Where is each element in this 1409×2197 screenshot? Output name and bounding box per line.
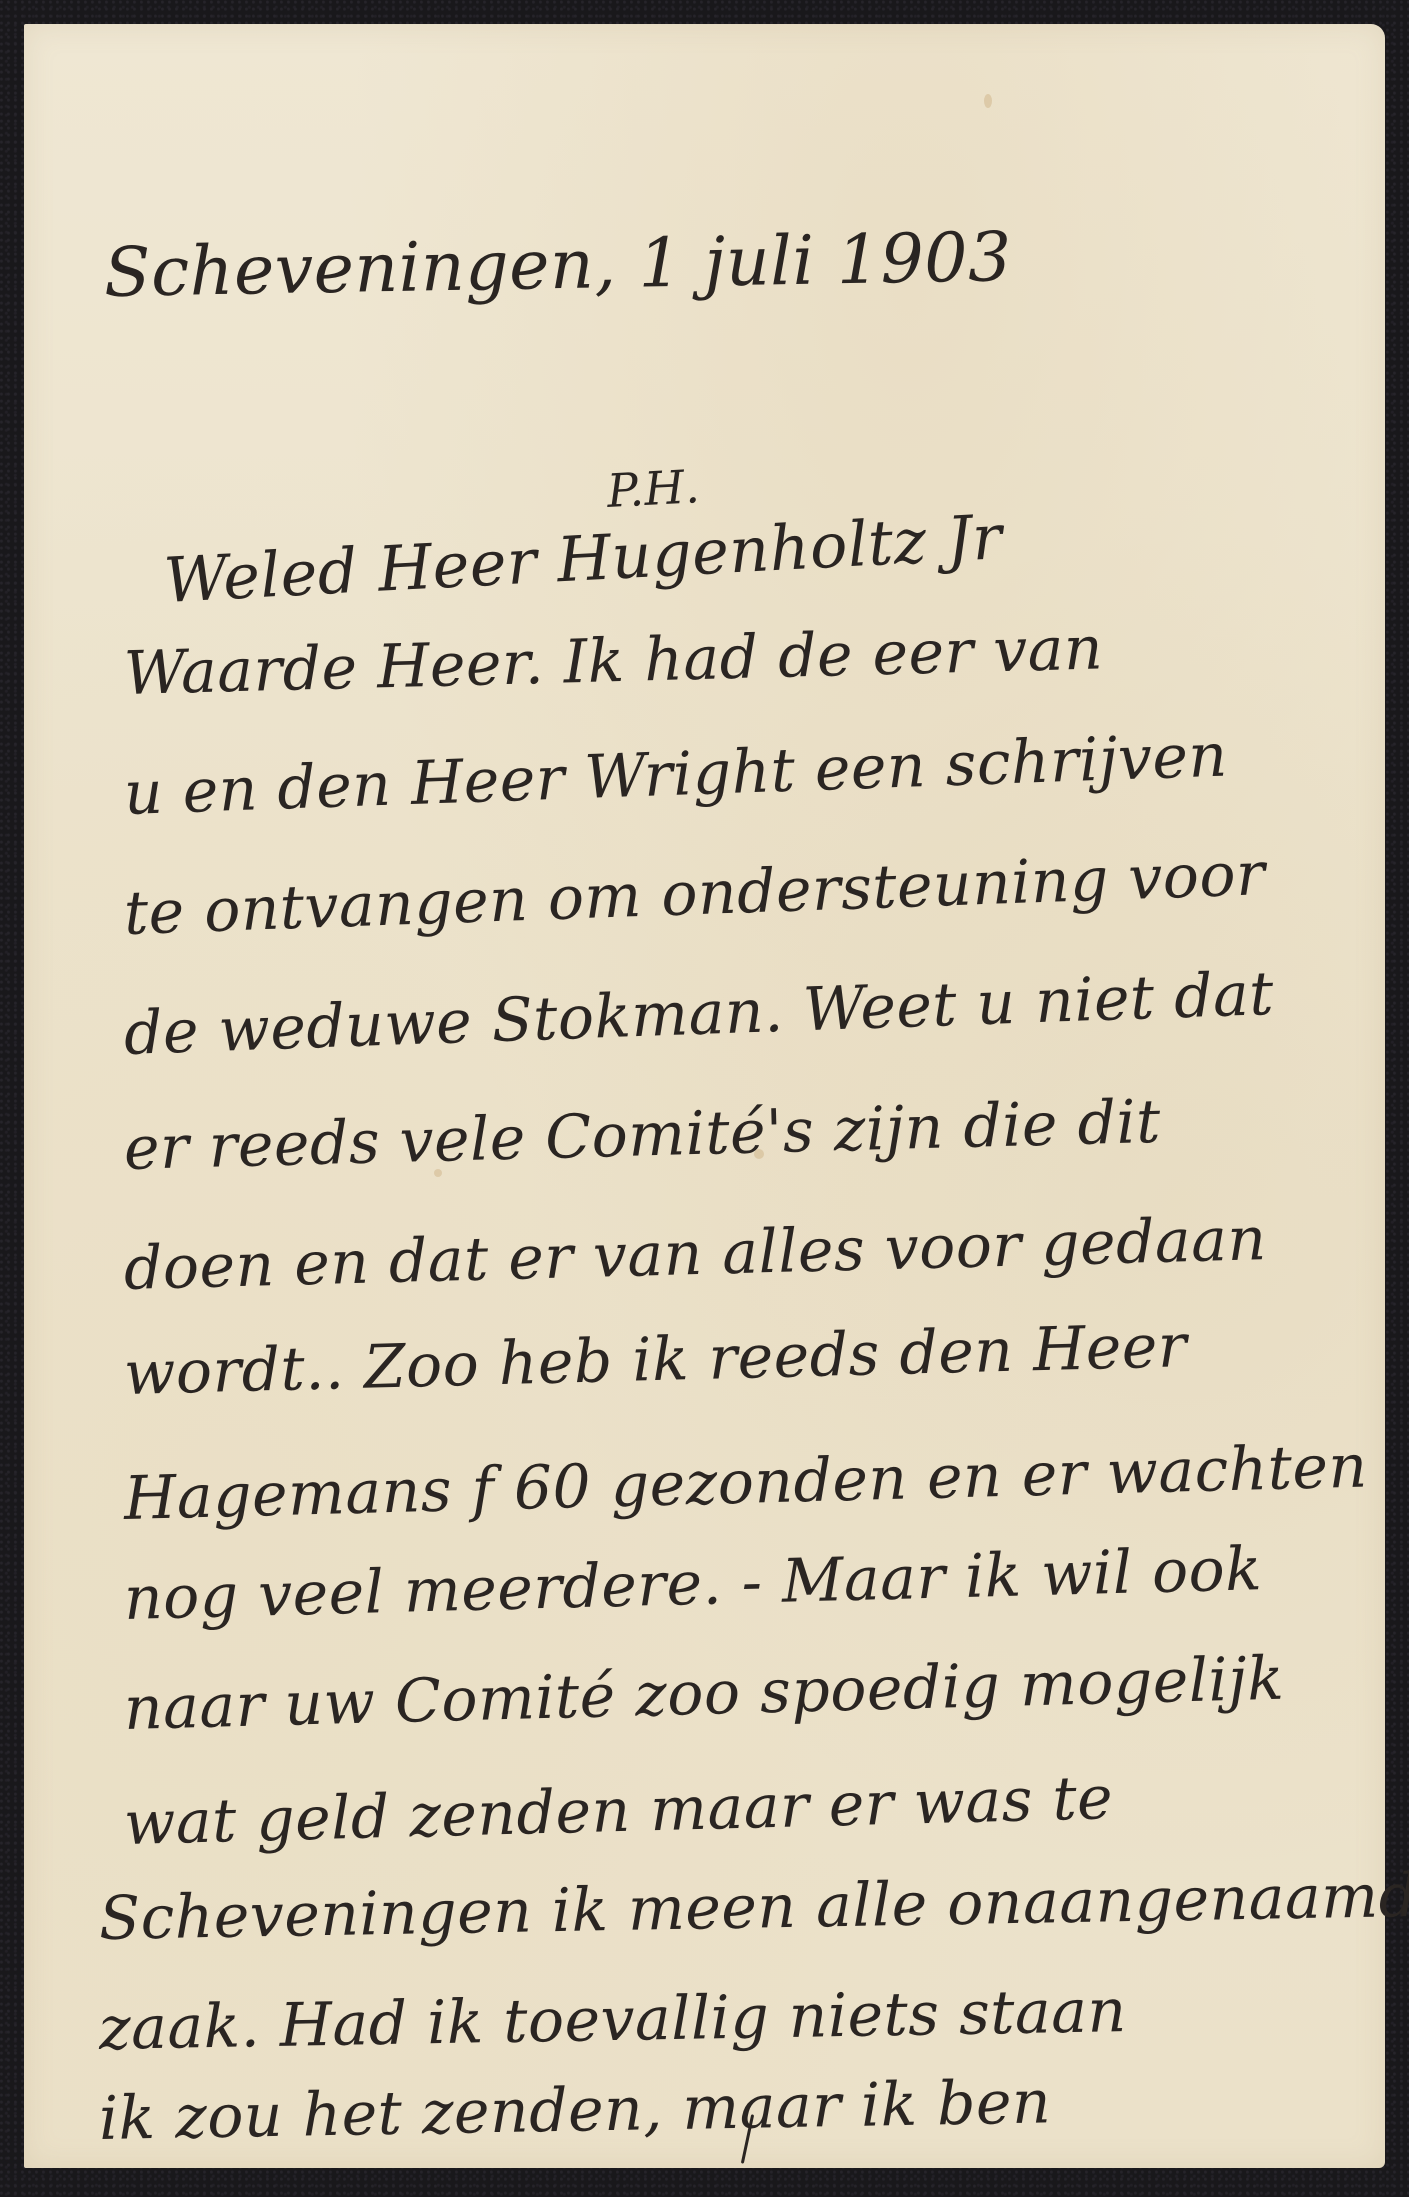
letter-line: de weduwe Stokman. Weet u niet dat (123, 959, 1275, 1069)
letter-line: er reeds vele Comité's zijn die dit (123, 1087, 1161, 1184)
letter-line: Hagemans f 60 gezonden en er wachten (123, 1431, 1368, 1534)
letter-line: Waarde Heer. Ik had de eer van (123, 613, 1104, 709)
letter-line: wordt.. Zoo heb ik reeds den Heer (123, 1311, 1188, 1409)
letter-line: naar uw Comité zoo spoedig mogelijk (123, 1644, 1285, 1744)
letter-line: wat geld zenden maar er was te (123, 1763, 1114, 1859)
addressee: Weled Heer Hugenholtz Jr (162, 500, 1004, 617)
letter-line: doen en dat er van alles voor gedaan (123, 1204, 1267, 1304)
paper-stain (984, 94, 992, 108)
letter-line: u en den Heer Wright een schrijven (123, 720, 1229, 828)
letter-line: ik zou het zenden, maar ik ben (98, 2067, 1051, 2154)
letter-line: zaak. Had ik toevallig niets staan (98, 1976, 1127, 2064)
addressee-initials: P.H. (606, 459, 702, 518)
letter-line: te ontvangen om ondersteuning voor (123, 839, 1267, 949)
letter-paper: Scheveningen, 1 juli 1903 P.H. Weled Hee… (24, 24, 1385, 2168)
letter-line: nog veel meerdere. - Maar ik wil ook (123, 1534, 1263, 1634)
dateline: Scheveningen, 1 juli 1903 (103, 218, 1012, 313)
letter-line: Scheveningen ik meen alle onaangenaamde (98, 1860, 1409, 1954)
